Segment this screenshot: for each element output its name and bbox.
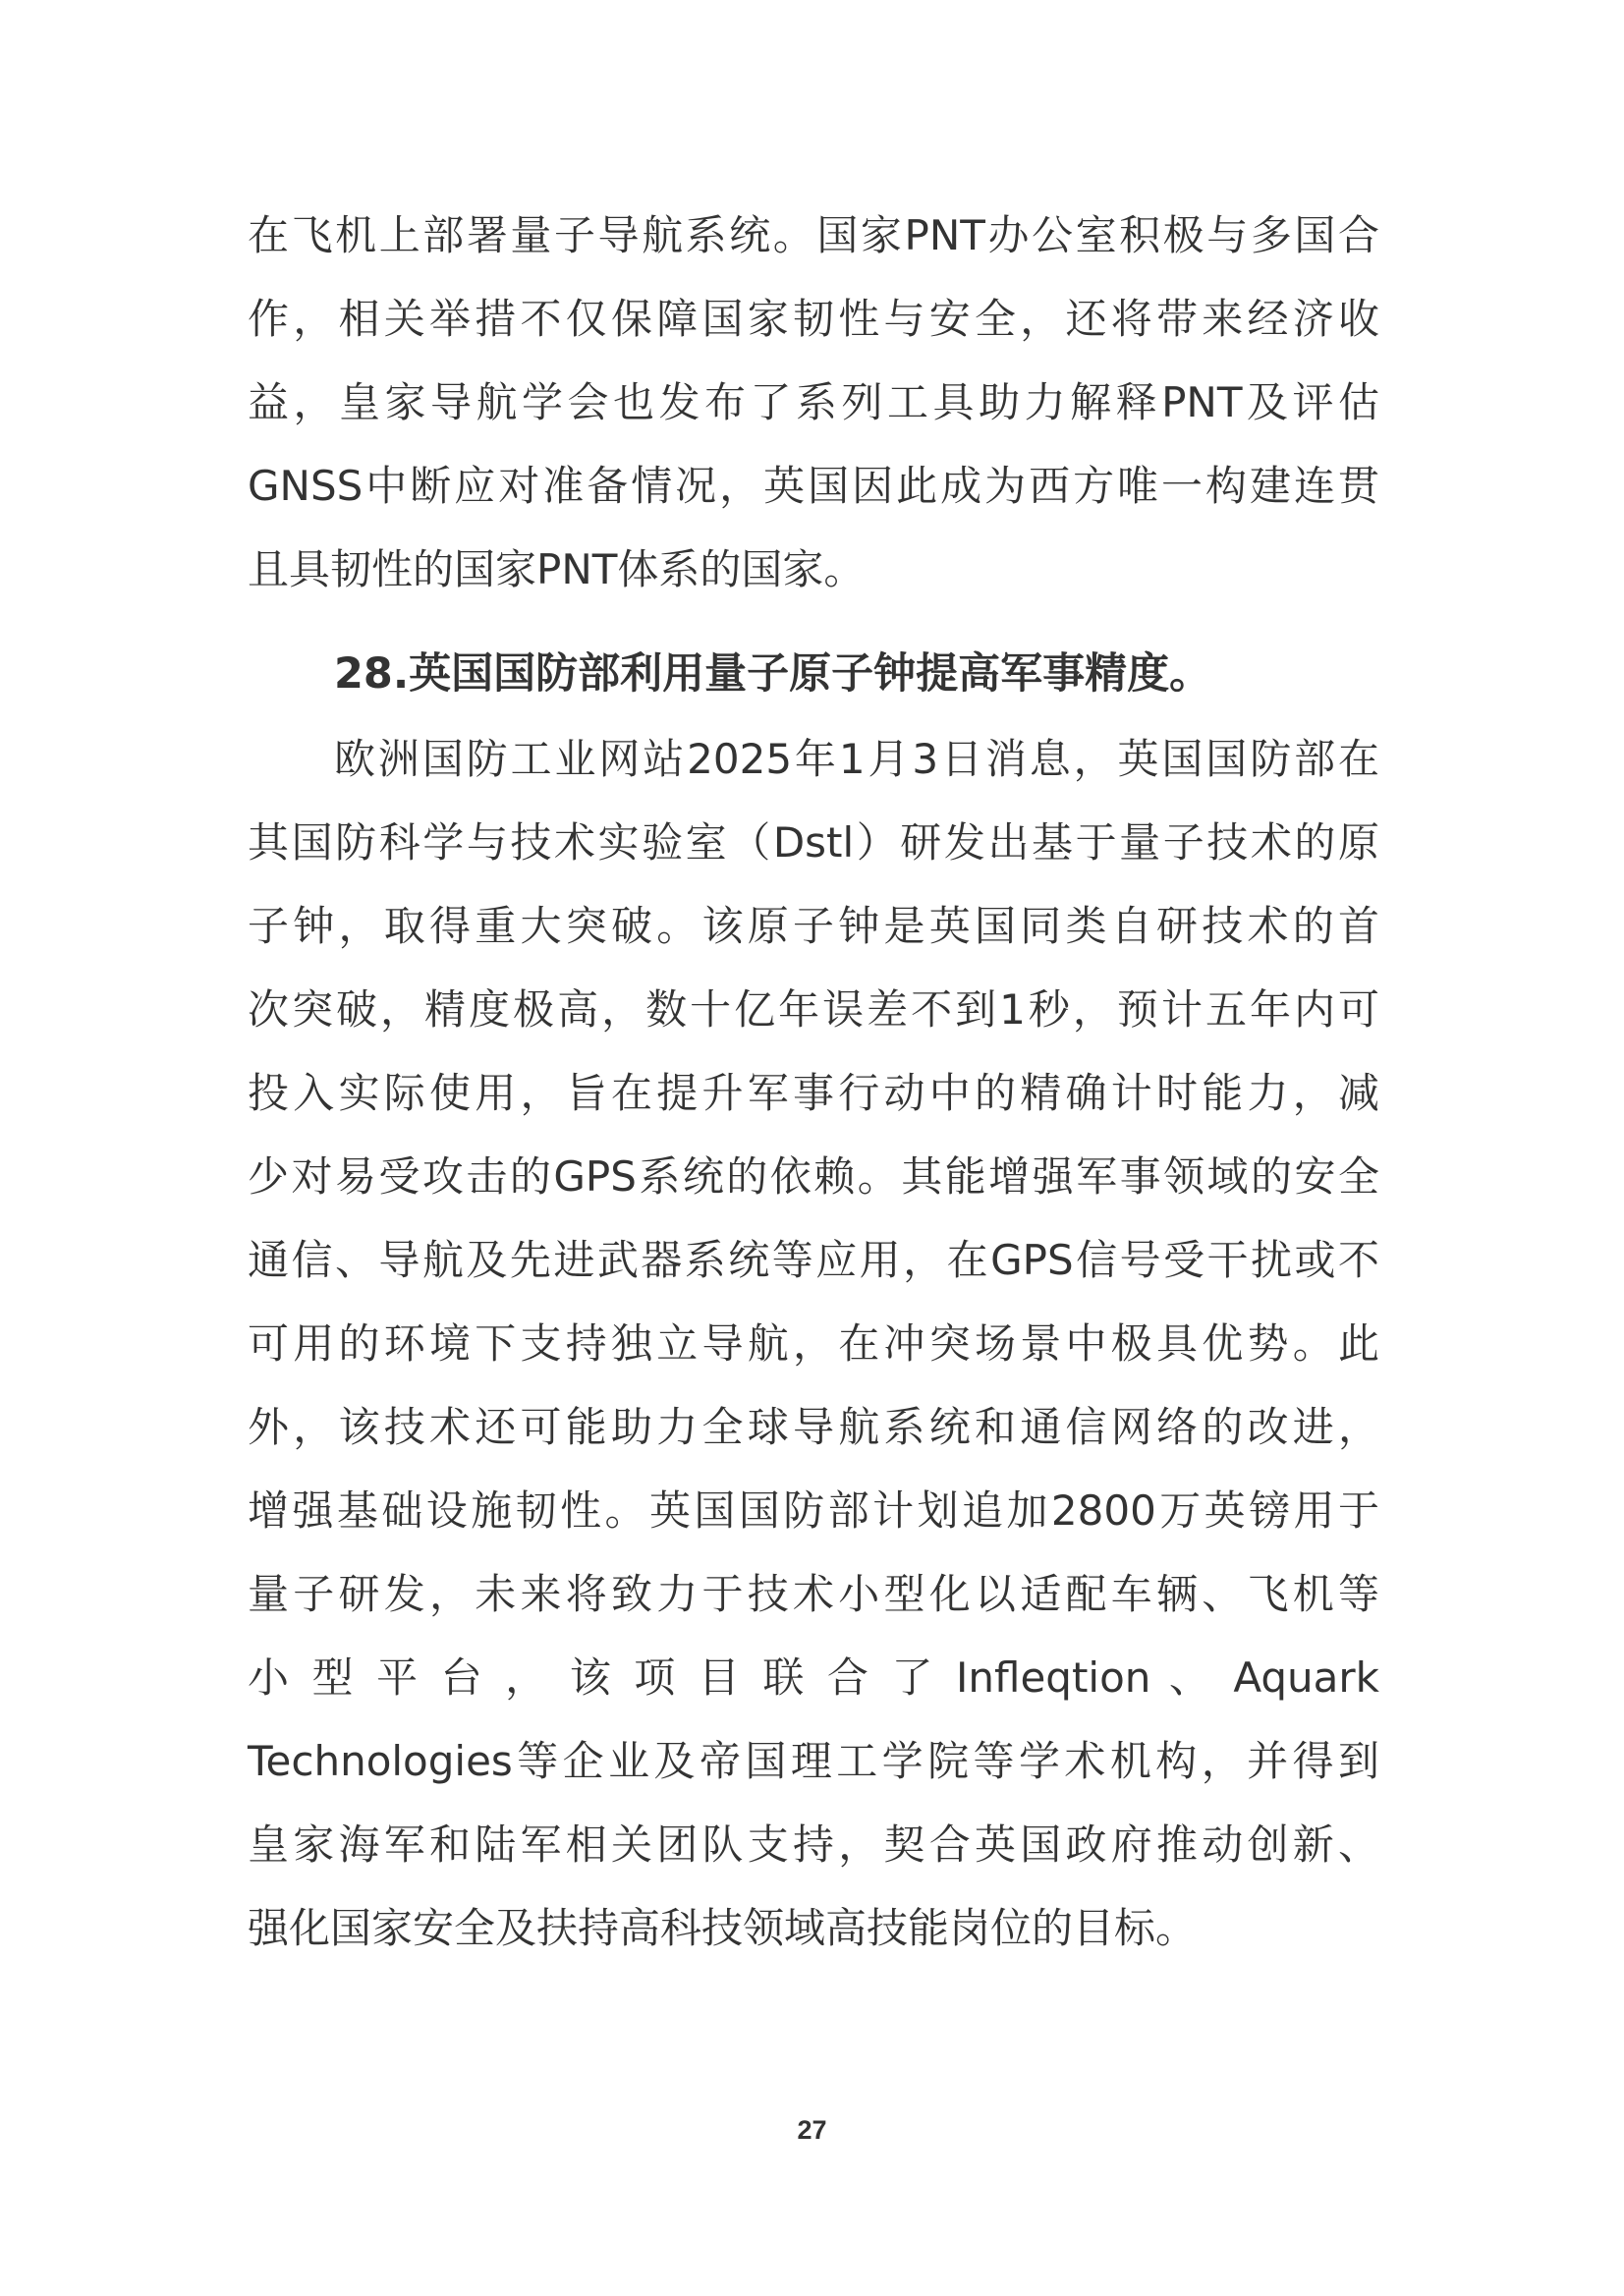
paragraph-line: 且具韧性的国家PNT体系的国家。 — [248, 535, 1379, 619]
paragraph-line: 少对易受攻击的GPS系统的依赖。其能增强军事领域的安全 — [248, 1143, 1379, 1226]
paragraph-line: 子钟，取得重大突破。该原子钟是英国同类自研技术的首 — [248, 892, 1379, 976]
paragraph-line: 增强基础设施韧性。英国国防部计划追加2800万英镑用于 — [248, 1477, 1379, 1560]
paragraph-line: 益，皇家导航学会也发布了系列工具助力解释PNT及评估 — [248, 368, 1379, 452]
paragraph-line: 在飞机上部署量子导航系统。国家PNT办公室积极与多国合 — [248, 201, 1379, 285]
paragraph-line: 通信、导航及先进武器系统等应用，在GPS信号受干扰或不 — [248, 1226, 1379, 1310]
paragraph-line: 小 型 平 台 ， 该 项 目 联 合 了 Infleqtion 、 Aquar… — [248, 1644, 1379, 1727]
page-number: 27 — [0, 2115, 1624, 2146]
paragraph-line: 其国防科学与技术实验室（Dstl）研发出基于量子技术的原 — [248, 809, 1379, 892]
paragraph-line: 强化国家安全及扶持高科技领域高技能岗位的目标。 — [248, 1894, 1379, 1978]
document-page: 在飞机上部署量子导航系统。国家PNT办公室积极与多国合 作，相关举措不仅保障国家… — [248, 201, 1379, 1978]
paragraph-line: 外，该技术还可能助力全球导航系统和通信网络的改进， — [248, 1393, 1379, 1477]
paragraph-line: 作，相关举措不仅保障国家韧性与安全，还将带来经济收 — [248, 285, 1379, 368]
continuation-paragraph: 在飞机上部署量子导航系统。国家PNT办公室积极与多国合 作，相关举措不仅保障国家… — [248, 201, 1379, 619]
paragraph-line: 次突破，精度极高，数十亿年误差不到1秒，预计五年内可 — [248, 976, 1379, 1059]
paragraph-line: 投入实际使用，旨在提升军事行动中的精确计时能力，减 — [248, 1059, 1379, 1143]
paragraph-line: 欧洲国防工业网站2025年1月3日消息，英国国防部在 — [248, 725, 1379, 809]
paragraph-line: 量子研发，未来将致力于技术小型化以适配车辆、飞机等 — [248, 1560, 1379, 1644]
section-heading: 28.英国国防部利用量子原子钟提高军事精度。 — [248, 625, 1379, 723]
section-paragraph: 欧洲国防工业网站2025年1月3日消息，英国国防部在 其国防科学与技术实验室（D… — [248, 725, 1379, 1978]
paragraph-line: GNSS中断应对准备情况，英国因此成为西方唯一构建连贯 — [248, 452, 1379, 535]
paragraph-line: 皇家海军和陆军相关团队支持，契合英国政府推动创新、 — [248, 1811, 1379, 1894]
paragraph-line: 可用的环境下支持独立导航，在冲突场景中极具优势。此 — [248, 1310, 1379, 1393]
paragraph-line: Technologies等企业及帝国理工学院等学术机构，并得到 — [248, 1727, 1379, 1811]
